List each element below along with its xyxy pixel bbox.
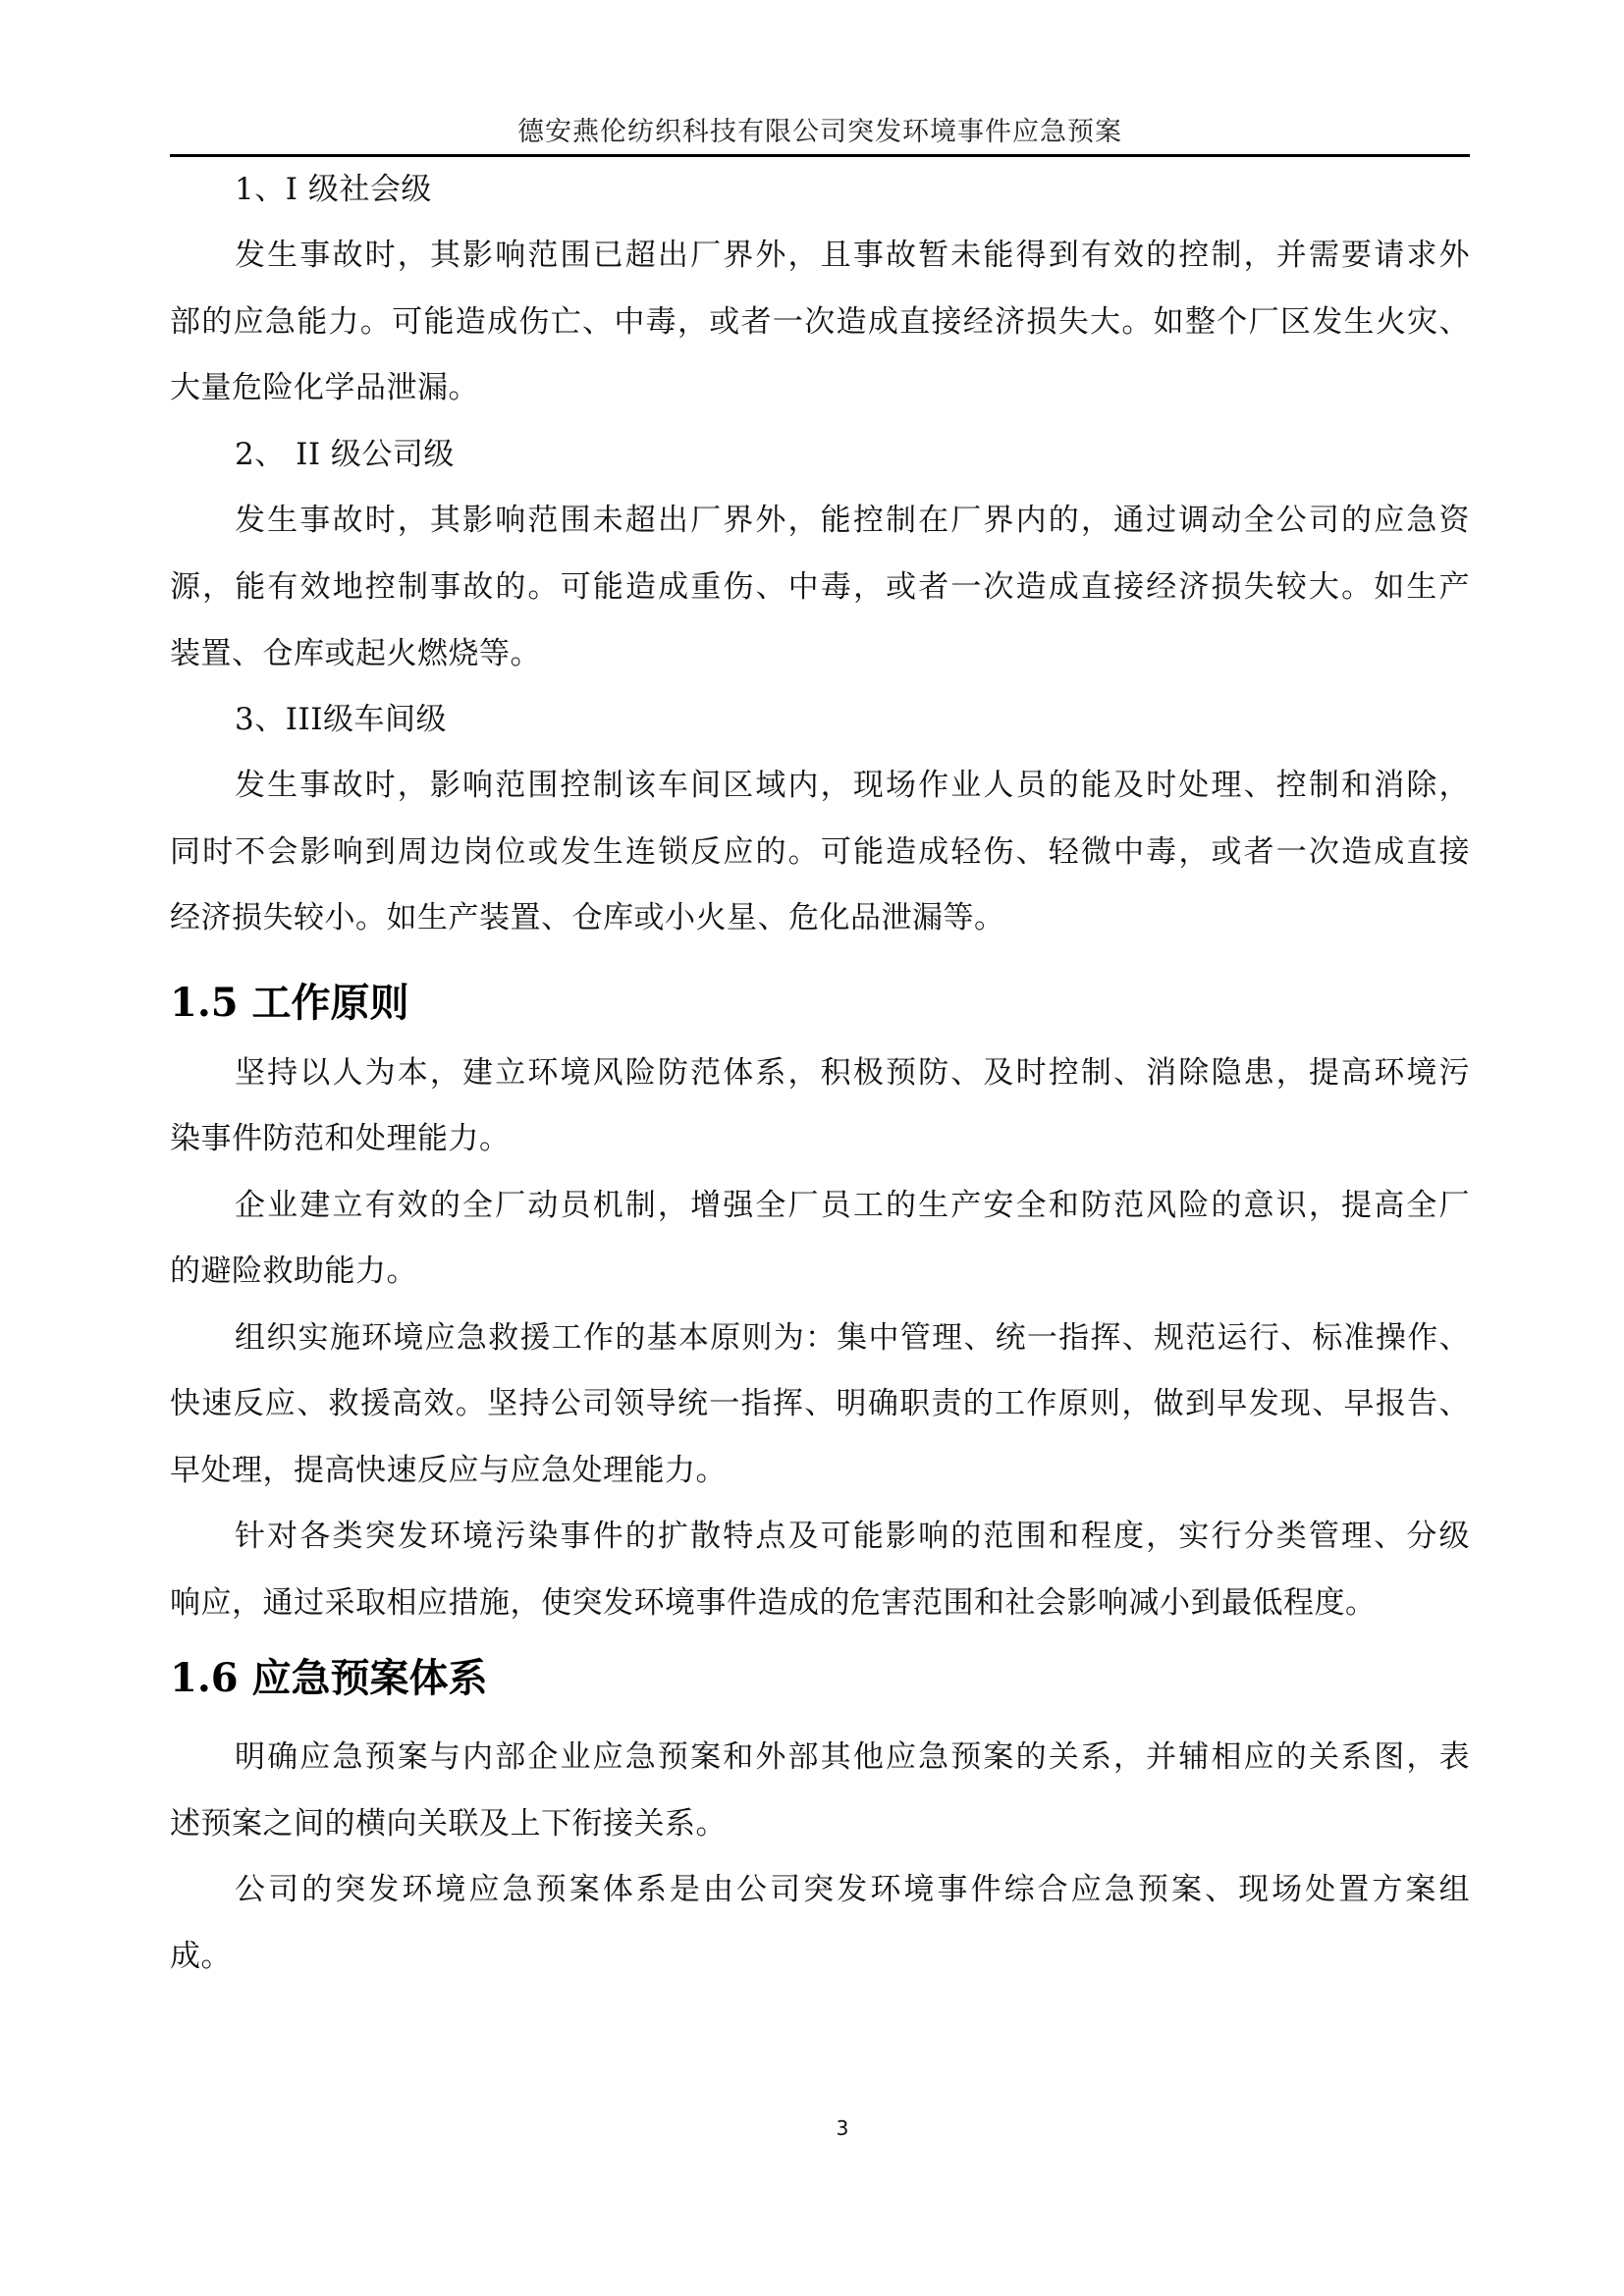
level-3-title: 3、III级车间级 <box>235 697 1470 742</box>
paragraph-line: 大量危险化学品泄漏。 <box>170 365 1470 410</box>
paragraph-line: 响应，通过采取相应措施，使突发环境事件造成的危害范围和社会影响减小到最低程度。 <box>170 1580 1470 1626</box>
paragraph-line: 发生事故时，影响范围控制该车间区域内，现场作业人员的能及时处理、控制和消除， <box>235 763 1470 808</box>
paragraph-line: 染事件防范和处理能力。 <box>170 1116 1470 1161</box>
paragraph-line: 坚持以人为本，建立环境风险防范体系，积极预防、及时控制、消除隐患，提高环境污 <box>235 1050 1470 1095</box>
paragraph-line: 明确应急预案与内部企业应急预案和外部其他应急预案的关系，并辅相应的关系图，表 <box>235 1735 1470 1780</box>
paragraph-line: 的避险救助能力。 <box>170 1249 1470 1294</box>
page-number: 3 <box>0 2116 1624 2140</box>
header-divider <box>170 154 1470 157</box>
paragraph-line: 成。 <box>170 1934 1470 1979</box>
paragraph-line: 部的应急能力。可能造成伤亡、中毒，或者一次造成直接经济损失大。如整个厂区发生火灾… <box>170 299 1470 345</box>
document-title-header: 德安燕伦纺织科技有限公司突发环境事件应急预案 <box>170 114 1470 151</box>
paragraph-line: 源，能有效地控制事故的。可能造成重伤、中毒，或者一次造成直接经济损失较大。如生产 <box>170 564 1470 610</box>
paragraph-line: 组织实施环境应急救援工作的基本原则为：集中管理、统一指挥、规范运行、标准操作、 <box>235 1315 1470 1361</box>
paragraph-line: 述预案之间的横向关联及上下衔接关系。 <box>170 1801 1470 1846</box>
paragraph-line: 经济损失较小。如生产装置、仓库或小火星、危化品泄漏等。 <box>170 895 1470 940</box>
paragraph-line: 同时不会影响到周边岗位或发生连锁反应的。可能造成轻伤、轻微中毒，或者一次造成直接 <box>170 829 1470 875</box>
paragraph-line: 发生事故时，其影响范围未超出厂界外，能控制在厂界内的，通过调动全公司的应急资 <box>235 498 1470 543</box>
level-1-title: 1、I 级社会级 <box>235 167 1470 212</box>
paragraph-line: 发生事故时，其影响范围已超出厂界外，且事故暂未能得到有效的控制，并需要请求外 <box>235 233 1470 278</box>
paragraph-line: 公司的突发环境应急预案体系是由公司突发环境事件综合应急预案、现场处置方案组 <box>235 1867 1470 1912</box>
paragraph-line: 快速反应、救援高效。坚持公司领导统一指挥、明确职责的工作原则，做到早发现、早报告… <box>170 1381 1470 1426</box>
section-heading-1-5: 1.5 工作原则 <box>170 976 409 1031</box>
paragraph-line: 早处理，提高快速反应与应急处理能力。 <box>170 1448 1470 1493</box>
paragraph-line: 针对各类突发环境污染事件的扩散特点及可能影响的范围和程度，实行分类管理、分级 <box>235 1514 1470 1559</box>
paragraph-line: 装置、仓库或起火燃烧等。 <box>170 631 1470 676</box>
section-heading-1-6: 1.6 应急预案体系 <box>170 1651 488 1706</box>
level-2-title: 2、 II 级公司级 <box>235 432 1470 477</box>
paragraph-line: 企业建立有效的全厂动员机制，增强全厂员工的生产安全和防范风险的意识，提高全厂 <box>235 1183 1470 1228</box>
